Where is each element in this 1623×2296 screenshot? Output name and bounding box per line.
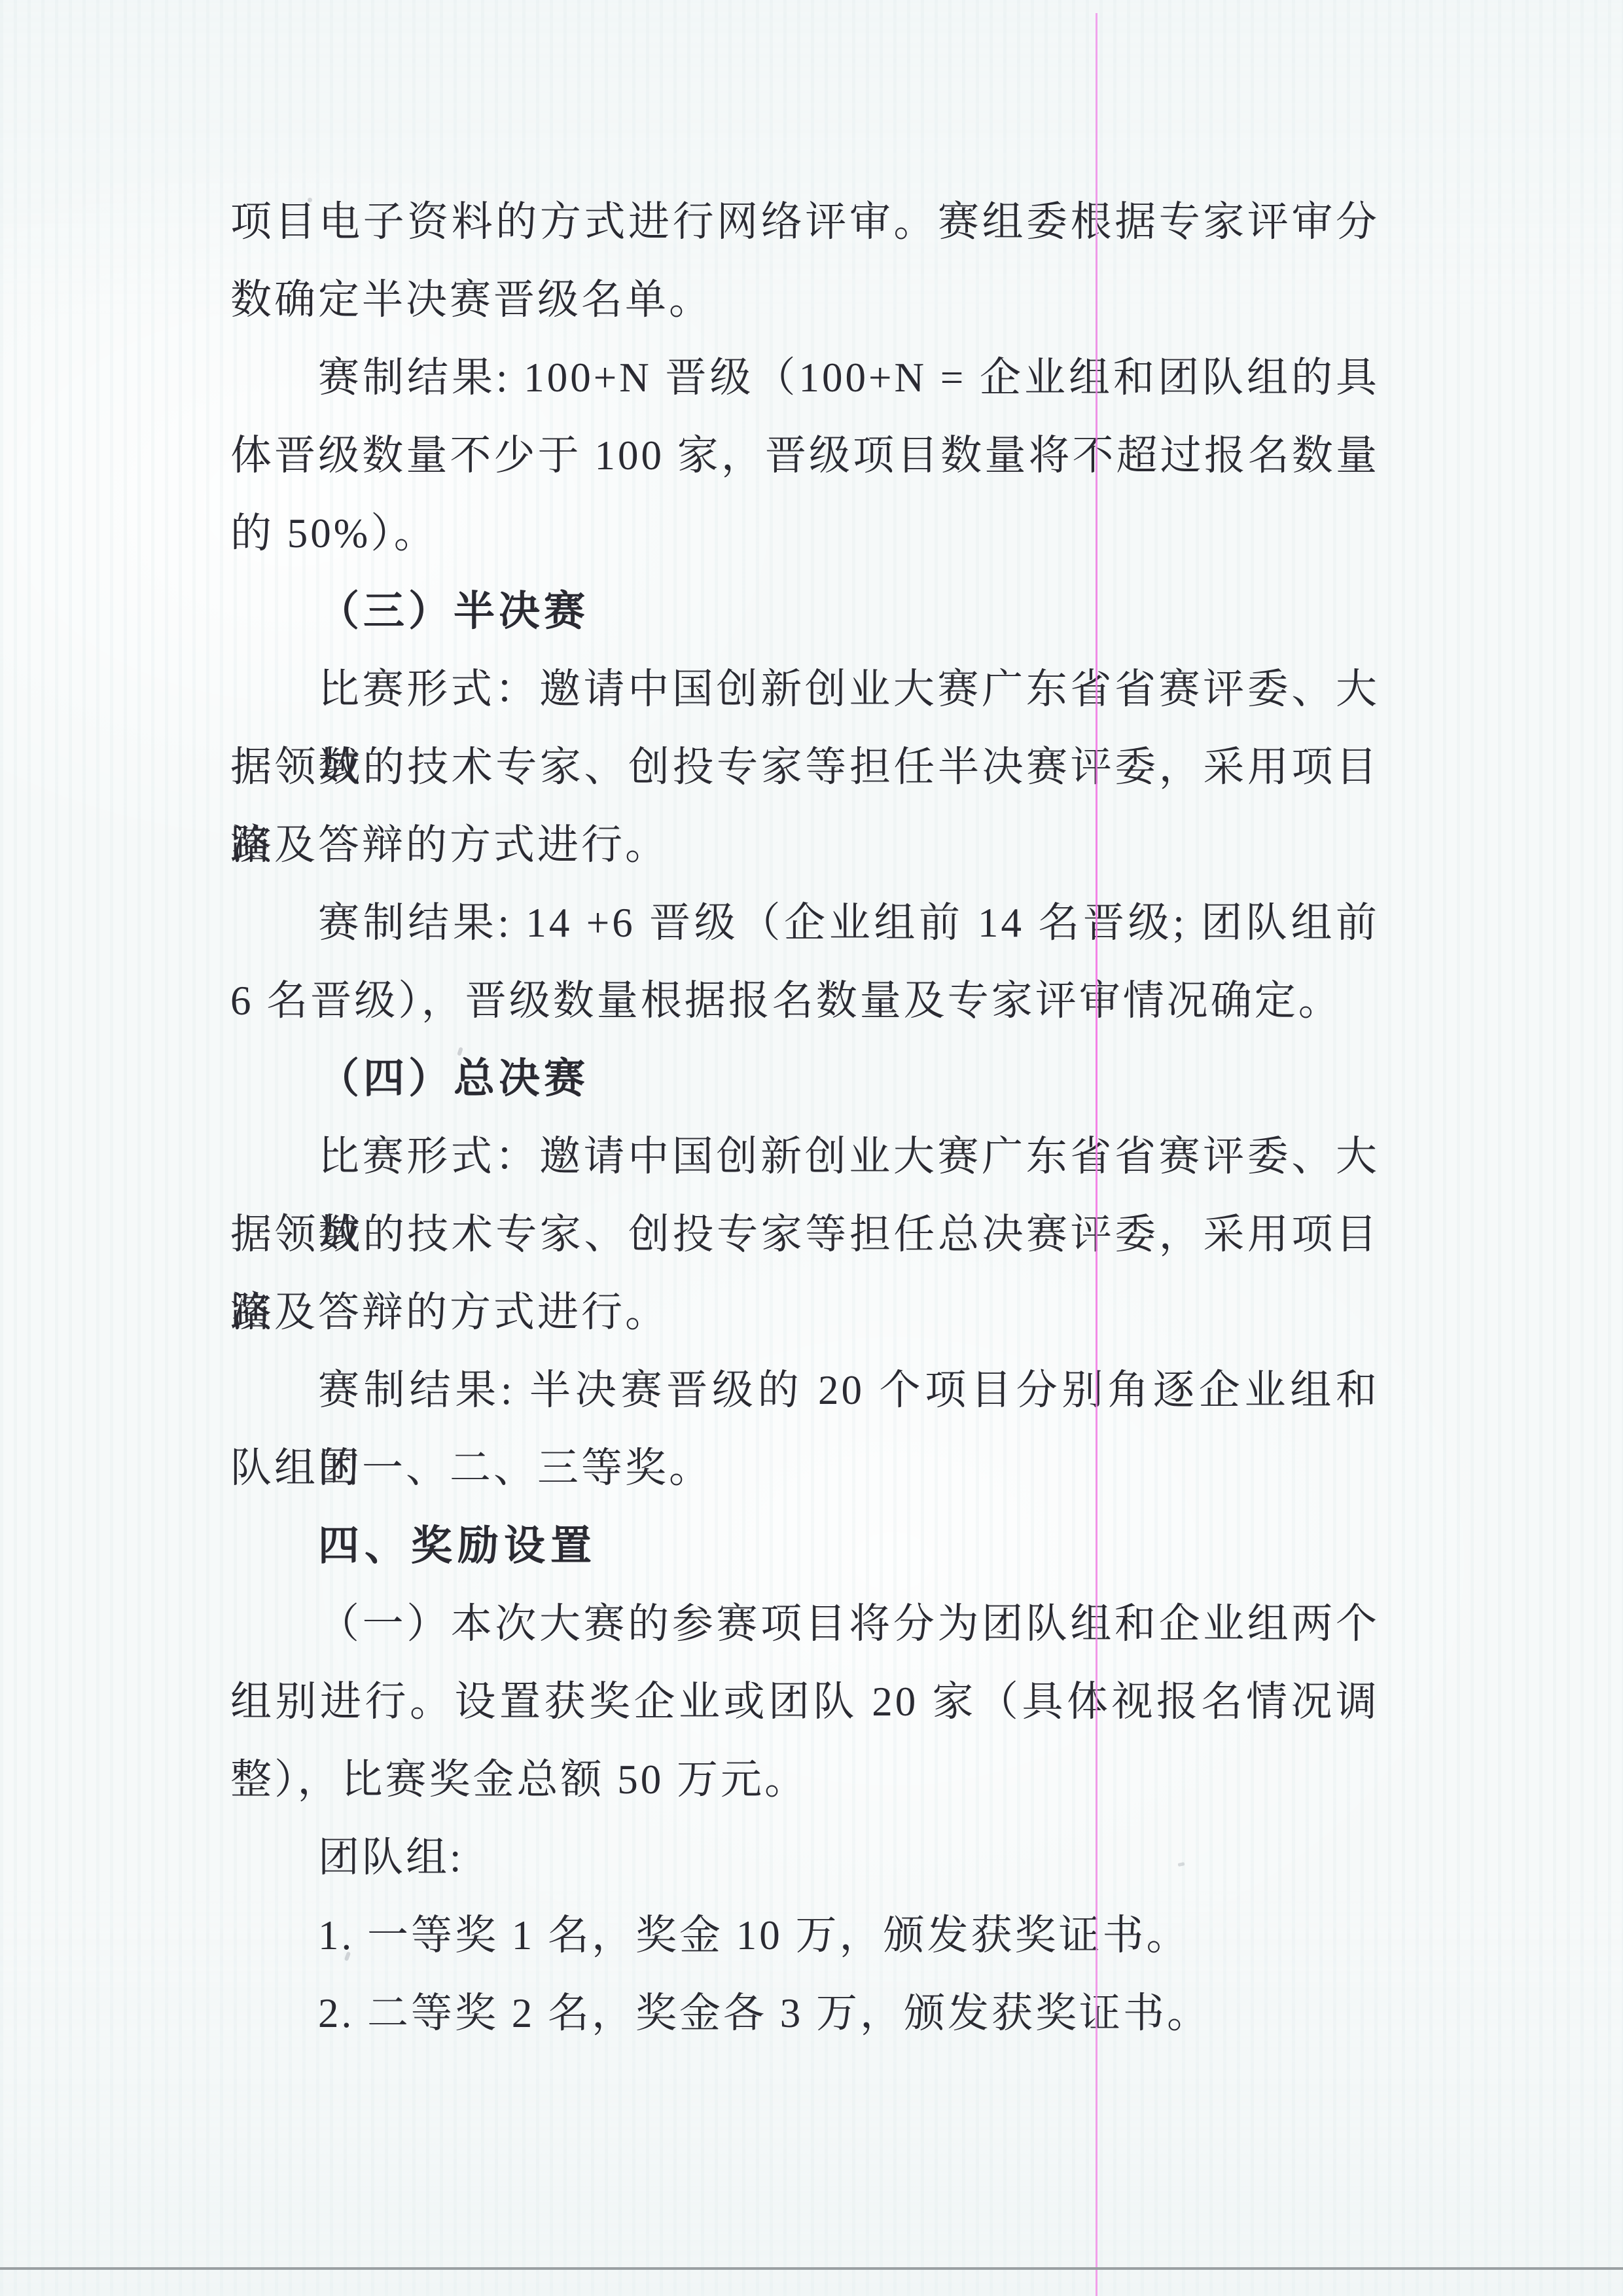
text-line: （三）半决赛 [230,573,1380,651]
text-line: 赛制结果: 100+N 晋级（100+N = 企业组和团队组的具 [230,339,1380,417]
vertical-fold-line [1096,13,1097,2296]
text-line: 组别进行。设置获奖企业或团队 20 家（具体视报名情况调 [230,1663,1380,1741]
text-line: 团队组: [230,1819,1380,1897]
text-line: 赛制结果: 14 +6 晋级（企业组前 14 名晋级; 团队组前 [230,884,1380,962]
text-line: 四、奖励设置 [230,1507,1380,1585]
text-line: 演及答辩的方式进行。 [230,806,1380,884]
text-line: 2. 二等奖 2 名，奖金各 3 万，颁发获奖证书。 [230,1975,1380,2053]
text-line: 数确定半决赛晋级名单。 [230,261,1380,339]
text-line: 据领域的技术专家、创投专家等担任半决赛评委，采用项目路 [230,728,1380,806]
text-line: 赛制结果: 半决赛晋级的 20 个项目分别角逐企业组和团 [230,1352,1380,1429]
text-line: 演及答辩的方式进行。 [230,1274,1380,1352]
page-bottom-edge-line [0,2267,1623,2270]
text-line: 队组的一、二、三等奖。 [230,1429,1380,1507]
text-line: 1. 一等奖 1 名，奖金 10 万，颁发获奖证书。 [230,1897,1380,1975]
scan-speck [308,198,312,202]
text-line: 据领域的技术专家、创投专家等担任总决赛评委，采用项目路 [230,1196,1380,1274]
text-line: 项目电子资料的方式进行网络评审。赛组委根据专家评审分 [230,183,1380,261]
text-line: 6 名晋级），晋级数量根据报名数量及专家评审情况确定。 [230,962,1380,1040]
text-line: 比赛形式：邀请中国创新创业大赛广东省省赛评委、大数 [230,651,1380,728]
text-line: （一）本次大赛的参赛项目将分为团队组和企业组两个 [230,1585,1380,1663]
text-line: 整），比赛奖金总额 50 万元。 [230,1741,1380,1819]
text-line: 的 50%）。 [230,495,1380,573]
text-line: （四）总决赛 [230,1040,1380,1118]
document-body: 项目电子资料的方式进行网络评审。赛组委根据专家评审分 数确定半决赛晋级名单。 赛… [230,183,1380,2053]
text-line: 比赛形式：邀请中国创新创业大赛广东省省赛评委、大数 [230,1118,1380,1196]
page: 项目电子资料的方式进行网络评审。赛组委根据专家评审分 数确定半决赛晋级名单。 赛… [0,0,1623,2296]
text-line: 体晋级数量不少于 100 家，晋级项目数量将不超过报名数量 [230,417,1380,495]
